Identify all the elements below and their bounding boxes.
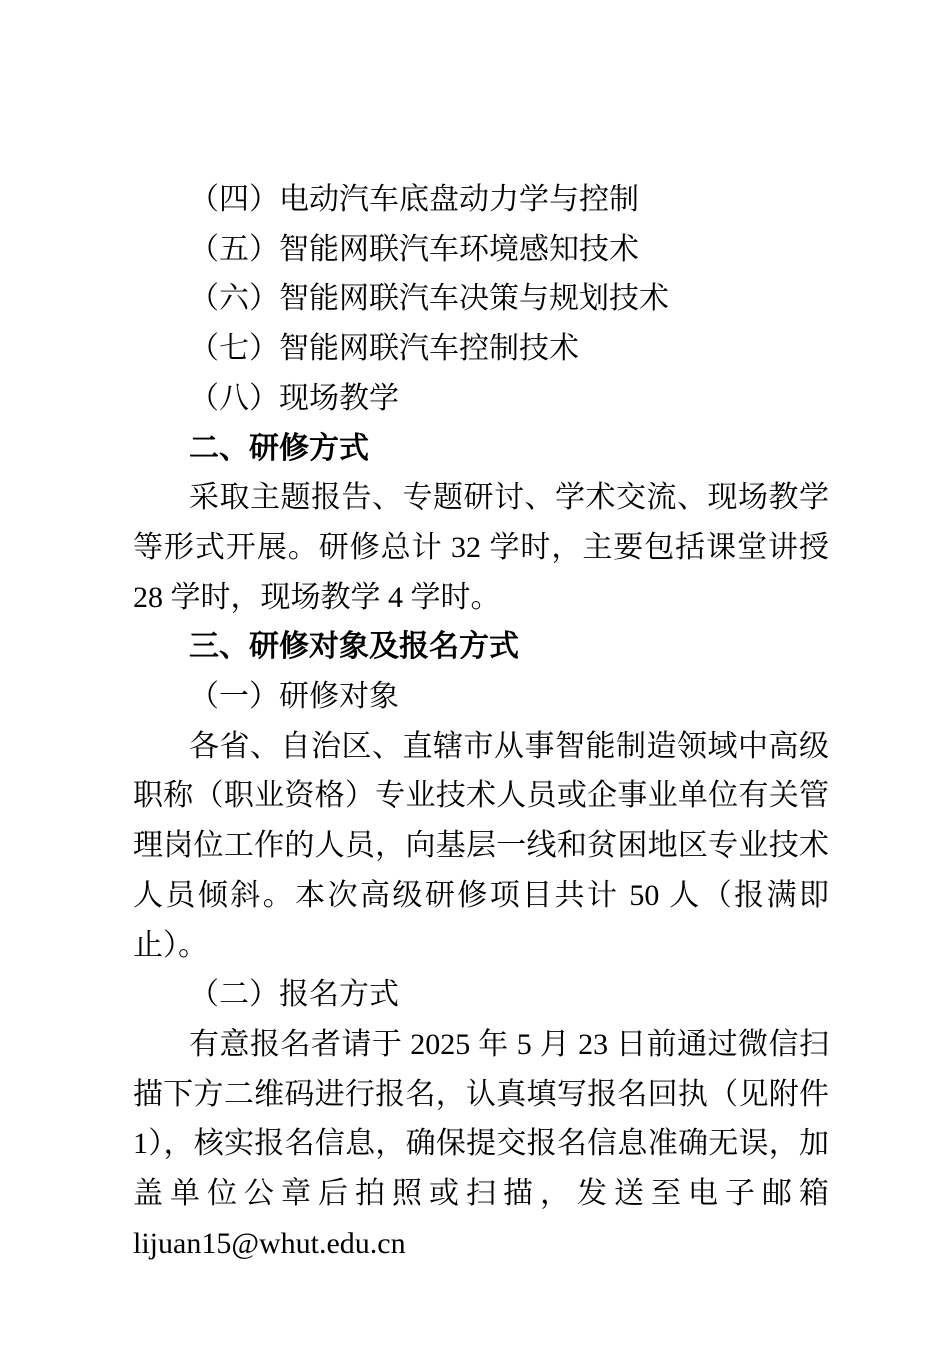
paragraph-registration-text: 有意报名者请于 2025 年 5 月 23 日前通过微信扫描下方二维码进行报名，…: [133, 1028, 829, 1210]
subsection-heading-registration: （二）报名方式: [133, 970, 829, 1020]
course-list-item: （五）智能网联汽车环境感知技术: [133, 225, 829, 275]
email-address: lijuan15@whut.edu.cn: [133, 1227, 406, 1260]
section-heading-training-method: 二、研修方式: [133, 424, 829, 474]
course-list-item: （六）智能网联汽车决策与规划技术: [133, 274, 829, 324]
subsection-heading-audience: （一）研修对象: [133, 672, 829, 722]
section-heading-audience-registration: 三、研修对象及报名方式: [133, 622, 829, 672]
paragraph-audience: 各省、自治区、直辖市从事智能制造领域中高级职称（职业资格）专业技术人员或企事业单…: [133, 722, 829, 971]
course-list-item: （八）现场教学: [133, 374, 829, 424]
paragraph-training-method: 采取主题报告、专题研讨、学术交流、现场教学等形式开展。研修总计 32 学时，主要…: [133, 473, 829, 622]
document-page: （四）电动汽车底盘动力学与控制 （五）智能网联汽车环境感知技术 （六）智能网联汽…: [0, 0, 951, 1345]
paragraph-registration: 有意报名者请于 2025 年 5 月 23 日前通过微信扫描下方二维码进行报名，…: [133, 1020, 829, 1269]
course-list-item: （四）电动汽车底盘动力学与控制: [133, 175, 829, 225]
course-list-item: （七）智能网联汽车控制技术: [133, 324, 829, 374]
